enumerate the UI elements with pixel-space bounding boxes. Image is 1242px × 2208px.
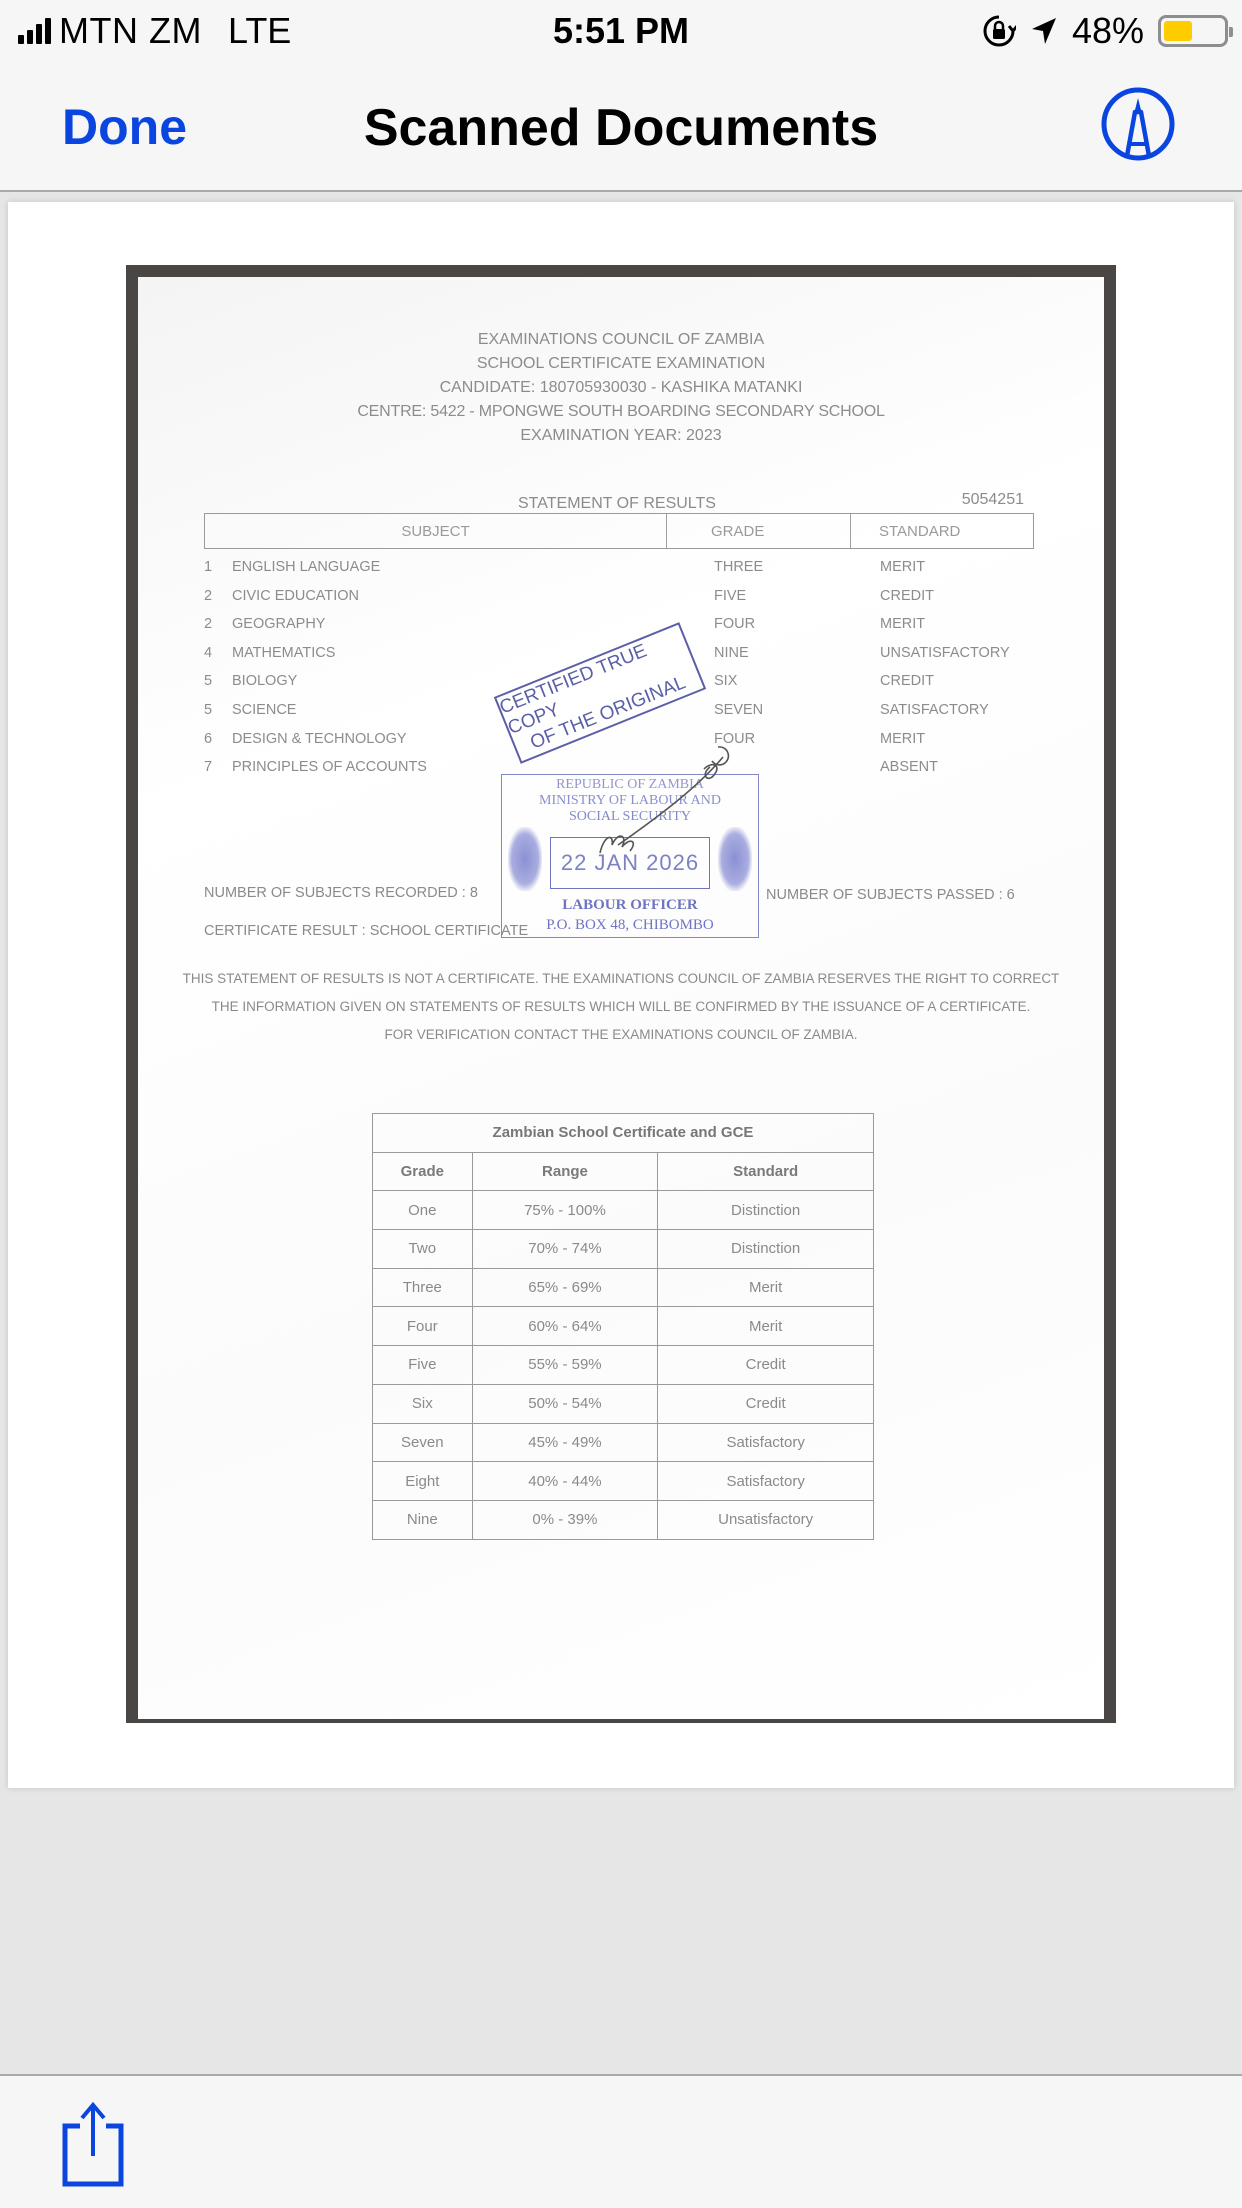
result-grade: FIVE <box>714 588 746 604</box>
doc-header-candidate: CANDIDATE: 180705930030 - KASHIKA MATANK… <box>138 379 1104 397</box>
grade-table-cell: 0% - 39% <box>472 1500 658 1539</box>
grade-table-header: Grade <box>373 1152 473 1191</box>
result-row: 1ENGLISH LANGUAGETHREEMERIT <box>204 559 1034 587</box>
result-num: 5 <box>204 702 212 718</box>
grade-table-cell: Distinction <box>658 1191 874 1230</box>
status-bar: MTN ZM LTE 5:51 PM 48% <box>0 0 1242 62</box>
grade-table-row: Six50% - 54%Credit <box>373 1384 874 1423</box>
grade-table-cell: 65% - 69% <box>472 1268 658 1307</box>
grade-table-cell: 50% - 54% <box>472 1384 658 1423</box>
grade-table-cell: Credit <box>658 1384 874 1423</box>
grade-table-header: Range <box>472 1152 658 1191</box>
grade-table-cell: 60% - 64% <box>472 1307 658 1346</box>
stamp-address: P.O. BOX 48, CHIBOMBO <box>502 917 758 934</box>
result-name: CIVIC EDUCATION <box>232 588 359 604</box>
doc-header-council: EXAMINATIONS COUNCIL OF ZAMBIA <box>138 331 1104 349</box>
column-subject: SUBJECT <box>205 514 667 548</box>
stamp-labour-officer: LABOUR OFFICER <box>502 897 758 914</box>
result-standard: CREDIT <box>880 673 934 689</box>
disclaimer-line-2: THE INFORMATION GIVEN ON STATEMENTS OF R… <box>138 999 1104 1014</box>
disclaimer-line-3: FOR VERIFICATION CONTACT THE EXAMINATION… <box>138 1027 1104 1042</box>
document-paper: EXAMINATIONS COUNCIL OF ZAMBIA SCHOOL CE… <box>138 277 1104 1719</box>
grade-table-cell: Nine <box>373 1500 473 1539</box>
result-standard: MERIT <box>880 731 925 747</box>
result-num: 2 <box>204 588 212 604</box>
result-name: GEOGRAPHY <box>232 616 325 632</box>
status-right: 48% <box>982 10 1228 52</box>
grade-table-row: Five55% - 59%Credit <box>373 1346 874 1385</box>
scanned-page[interactable]: EXAMINATIONS COUNCIL OF ZAMBIA SCHOOL CE… <box>8 202 1234 1788</box>
grade-table-cell: Three <box>373 1268 473 1307</box>
grade-table-cell: Eight <box>373 1462 473 1501</box>
result-grade: FOUR <box>714 616 755 632</box>
grade-table-cell: Credit <box>658 1346 874 1385</box>
results-table-header: SUBJECT GRADE STANDARD <box>204 513 1034 549</box>
grade-table-cell: Two <box>373 1230 473 1269</box>
statement-title: STATEMENT OF RESULTS <box>518 495 716 513</box>
grade-reference-table: Zambian School Certificate and GCE Grade… <box>372 1113 874 1540</box>
grade-table-cell: 40% - 44% <box>472 1462 658 1501</box>
grade-table-cell: Seven <box>373 1423 473 1462</box>
battery-icon <box>1158 15 1228 47</box>
result-grade: THREE <box>714 559 763 575</box>
grade-table-row: Two70% - 74%Distinction <box>373 1230 874 1269</box>
grade-table-body: One75% - 100%DistinctionTwo70% - 74%Dist… <box>373 1191 874 1539</box>
result-grade: SIX <box>714 673 737 689</box>
grade-table-row: Three65% - 69%Merit <box>373 1268 874 1307</box>
grade-table-cell: Five <box>373 1346 473 1385</box>
orientation-lock-icon <box>982 14 1016 48</box>
result-num: 7 <box>204 759 212 775</box>
grade-table-cell: One <box>373 1191 473 1230</box>
result-num: 4 <box>204 645 212 661</box>
result-name: BIOLOGY <box>232 673 297 689</box>
result-name: DESIGN & TECHNOLOGY <box>232 731 407 747</box>
grade-table-cell: Merit <box>658 1307 874 1346</box>
grade-table-cell: Distinction <box>658 1230 874 1269</box>
battery-percent: 48% <box>1072 10 1144 52</box>
grade-table-row: Nine0% - 39%Unsatisfactory <box>373 1500 874 1539</box>
result-num: 5 <box>204 673 212 689</box>
grade-table-cell: Satisfactory <box>658 1462 874 1501</box>
share-icon <box>58 2100 128 2190</box>
subjects-recorded: NUMBER OF SUBJECTS RECORDED : 8 <box>204 885 478 901</box>
signature <box>578 717 738 857</box>
grade-table-row: Eight40% - 44%Satisfactory <box>373 1462 874 1501</box>
result-num: 6 <box>204 731 212 747</box>
disclaimer-line-1: THIS STATEMENT OF RESULTS IS NOT A CERTI… <box>138 971 1104 986</box>
subjects-passed: NUMBER OF SUBJECTS PASSED : 6 <box>766 887 1015 903</box>
result-num: 2 <box>204 616 212 632</box>
result-num: 1 <box>204 559 212 575</box>
result-standard: ABSENT <box>880 759 938 775</box>
grade-table-cell: Four <box>373 1307 473 1346</box>
markup-pen-icon <box>1098 84 1178 164</box>
result-name: MATHEMATICS <box>232 645 335 661</box>
doc-header-year: EXAMINATION YEAR: 2023 <box>138 427 1104 445</box>
result-row: 2CIVIC EDUCATIONFIVECREDIT <box>204 588 1034 616</box>
result-standard: MERIT <box>880 559 925 575</box>
result-name: SCIENCE <box>232 702 296 718</box>
grade-table-cell: Satisfactory <box>658 1423 874 1462</box>
doc-header-centre: CENTRE: 5422 - MPONGWE SOUTH BOARDING SE… <box>138 403 1104 421</box>
grade-table-header: Standard <box>658 1152 874 1191</box>
doc-header-exam: SCHOOL CERTIFICATE EXAMINATION <box>138 355 1104 373</box>
grade-table-cell: 45% - 49% <box>472 1423 658 1462</box>
grade-table-cell: Six <box>373 1384 473 1423</box>
share-button[interactable] <box>58 2100 128 2190</box>
scanned-document: EXAMINATIONS COUNCIL OF ZAMBIA SCHOOL CE… <box>126 265 1116 1723</box>
grade-table-row: Four60% - 64%Merit <box>373 1307 874 1346</box>
result-standard: UNSATISFACTORY <box>880 645 1010 661</box>
result-standard: MERIT <box>880 616 925 632</box>
markup-button[interactable] <box>1098 84 1178 164</box>
page-title: Scanned Documents <box>0 98 1242 158</box>
result-standard: CREDIT <box>880 588 934 604</box>
location-arrow-icon <box>1030 16 1058 46</box>
bottom-toolbar <box>0 2074 1242 2208</box>
navigation-bar: Done Scanned Documents <box>0 62 1242 192</box>
grade-table-row: One75% - 100%Distinction <box>373 1191 874 1230</box>
coat-of-arms-icon <box>508 827 542 891</box>
result-row: 2GEOGRAPHYFOURMERIT <box>204 616 1034 644</box>
column-grade: GRADE <box>667 514 851 548</box>
statement-number: 5054251 <box>962 491 1024 509</box>
grade-table-cell: 55% - 59% <box>472 1346 658 1385</box>
grade-table-cell: 75% - 100% <box>472 1191 658 1230</box>
grade-table-caption: Zambian School Certificate and GCE <box>373 1114 874 1153</box>
grade-table-cell: Merit <box>658 1268 874 1307</box>
result-standard: SATISFACTORY <box>880 702 989 718</box>
grade-table-cell: 70% - 74% <box>472 1230 658 1269</box>
result-name: ENGLISH LANGUAGE <box>232 559 380 575</box>
certificate-result: CERTIFICATE RESULT : SCHOOL CERTIFICATE <box>204 923 528 939</box>
grade-table-cell: Unsatisfactory <box>658 1500 874 1539</box>
column-standard: STANDARD <box>851 514 960 548</box>
result-name: PRINCIPLES OF ACCOUNTS <box>232 759 427 775</box>
grade-table-row: Seven45% - 49%Satisfactory <box>373 1423 874 1462</box>
result-grade: SEVEN <box>714 702 763 718</box>
result-grade: NINE <box>714 645 749 661</box>
battery-level <box>1164 21 1192 41</box>
